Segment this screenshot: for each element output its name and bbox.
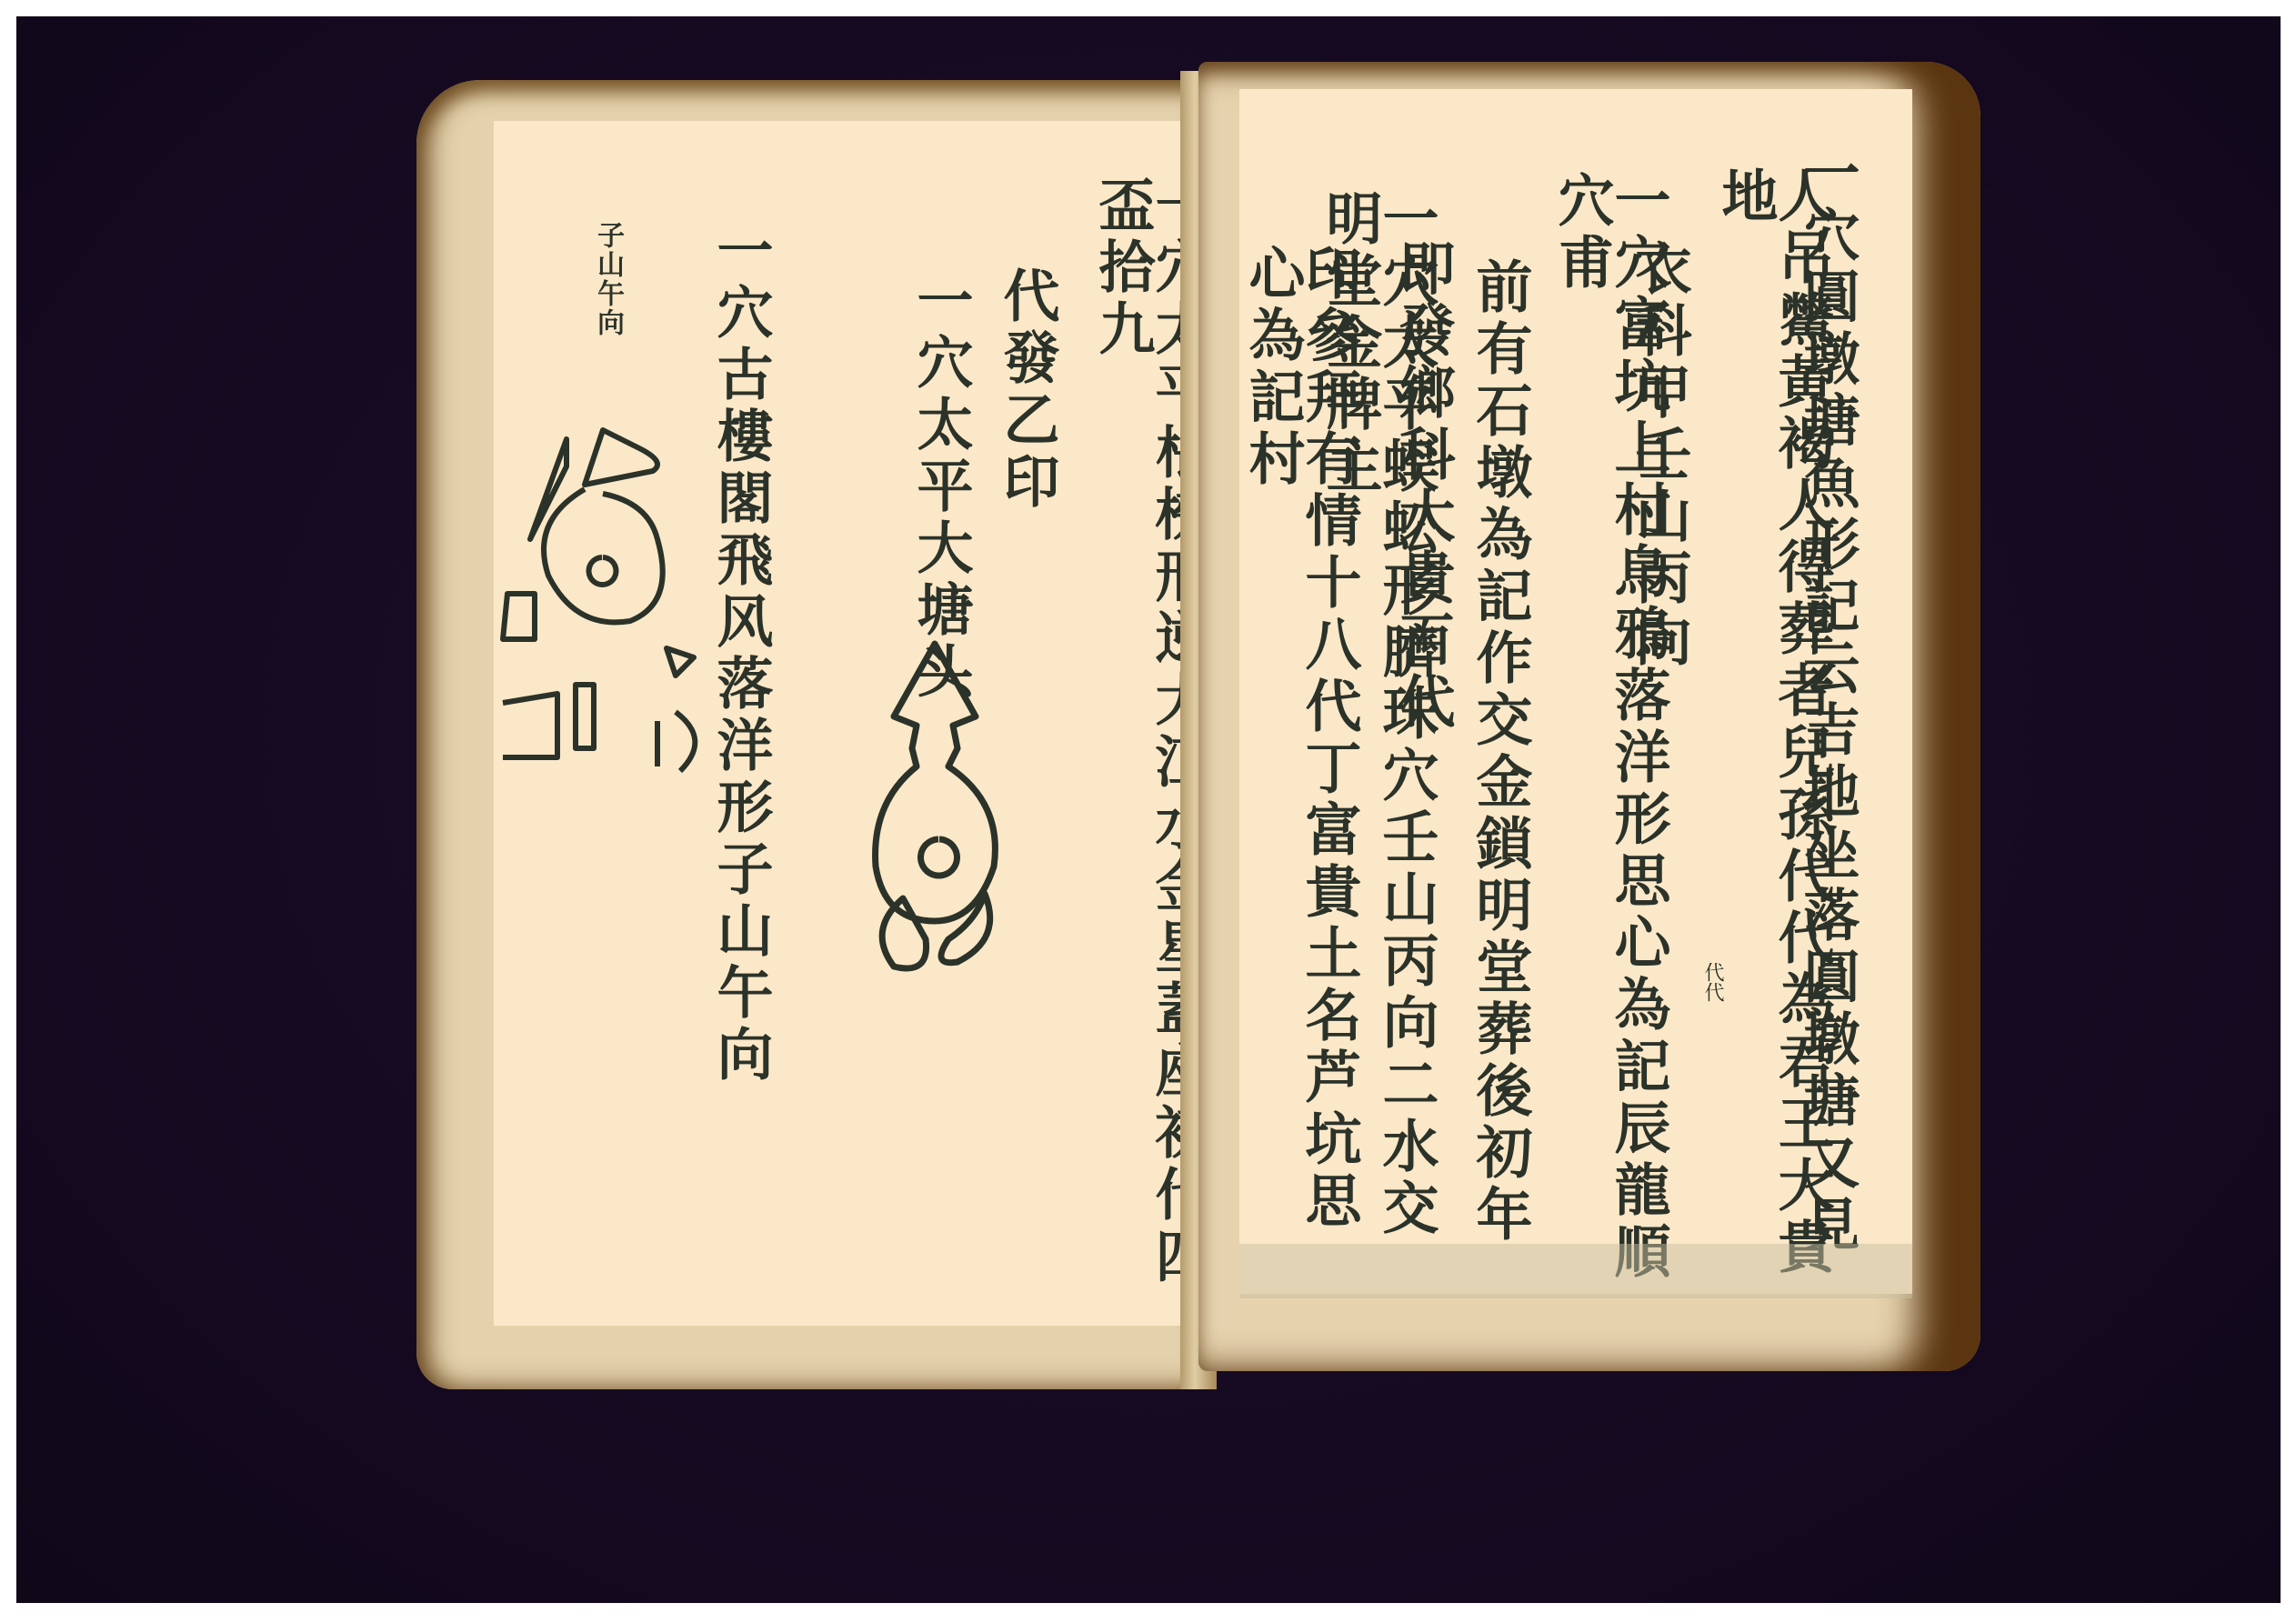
text-column: 代發乙印 <box>998 266 1055 514</box>
left-page-paper: 一穴太平棖榜形逆大江水金星蓋座初代四盃拾九 代發乙印 一穴太平大塘头 一穴古樓閣… <box>494 121 1180 1326</box>
text-column: 一穴富坑上村烏鴉落洋形思心為記辰龍順穴甫 <box>1553 171 1666 1294</box>
text-column: 印參拜有情十八代丁富貴土名芦坑思心為記村 <box>1244 244 1357 1294</box>
right-page: 一穴圓墩塘魚形記云吉地坐落圓墩塘又見 人吊鱉黃褐人得葬者兒孫代代為君王大貴地 衣… <box>1198 62 1980 1371</box>
pavilion-diagram-icon <box>494 412 730 803</box>
left-page: 一穴太平棖榜形逆大江水金星蓋座初代四盃拾九 代發乙印 一穴太平大塘头 一穴古樓閣… <box>416 80 1198 1389</box>
right-page-paper: 一穴圓墩塘魚形記云吉地坐落圓墩塘又見 人吊鱉黃褐人得葬者兒孫代代為君王大貴地 衣… <box>1239 89 1912 1294</box>
diagram-label: 子山午向 <box>594 221 621 337</box>
open-book: 一穴太平棖榜形逆大江水金星蓋座初代四盃拾九 代發乙印 一穴太平大塘头 一穴古樓閣… <box>407 53 1990 1389</box>
side-note: 代代 <box>1699 962 1727 1002</box>
text-column: 人吊鱉黃褐人得葬者兒孫代代為君王大貴地 <box>1717 166 1830 1294</box>
scan-background: 一穴太平棖榜形逆大江水金星蓋座初代四盃拾九 代發乙印 一穴太平大塘头 一穴古樓閣… <box>16 16 2281 1603</box>
vase-diagram-icon <box>848 630 1021 976</box>
tape-strip <box>1239 1244 1912 1298</box>
text-column: 前有石墩為記作交金鎖明堂葬後初年 <box>1471 257 1528 1247</box>
